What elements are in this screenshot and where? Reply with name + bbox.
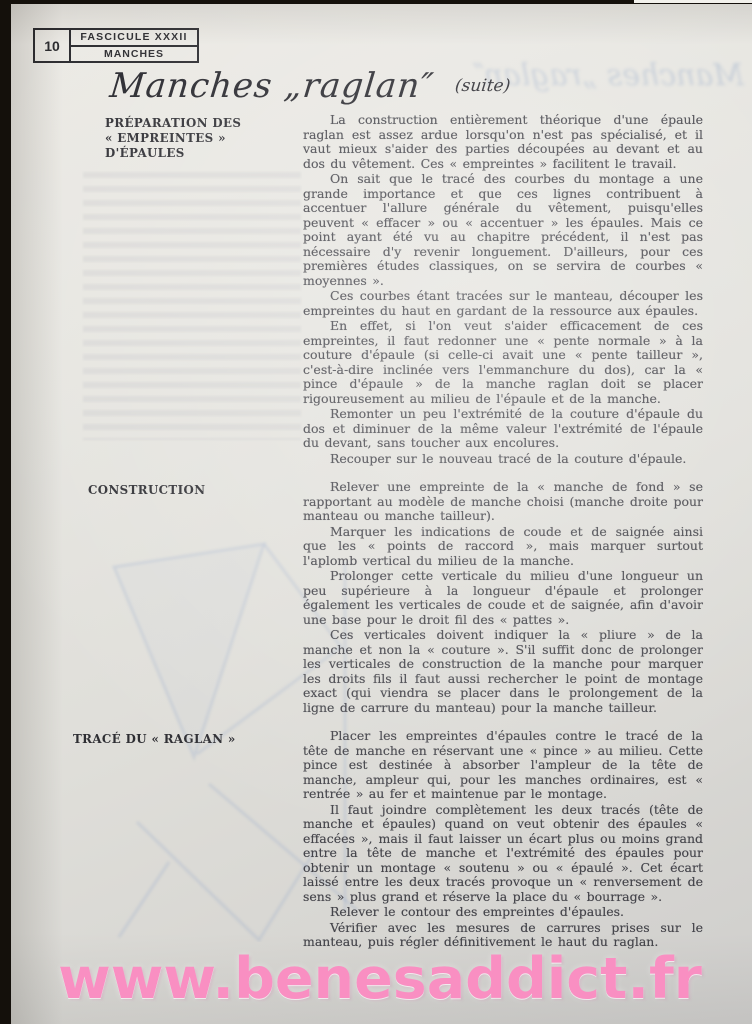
paragraph: Relever une empreinte de la « manche de … [303, 480, 703, 524]
paragraph: Marquer les indications de coude et de s… [303, 525, 703, 569]
section-body: Placer les empreintes d'épaules contre l… [303, 729, 703, 951]
section-heading-line2: « EMPREINTES » D'ÉPAULES [105, 131, 303, 161]
scanned-page-photo: { "header": { "page_number": "10", "fasc… [0, 0, 752, 1024]
page-title-suite: (suite) [454, 76, 511, 96]
section-body: Relever une empreinte de la « manche de … [303, 480, 703, 716]
section-heading-line1: CONSTRUCTION [88, 483, 303, 498]
section-heading: TRACÉ DU « RAGLAN » [71, 729, 303, 951]
watermark-url: www.benesaddict.fr [8, 946, 752, 1012]
section-heading: PRÉPARATION DES « EMPREINTES » D'ÉPAULES [71, 113, 303, 467]
photo-edge-highlight [634, 0, 752, 3]
paragraph: Ces courbes étant tracées sur le manteau… [303, 289, 703, 318]
section-heading: CONSTRUCTION [71, 480, 303, 716]
section-heading-line1: PRÉPARATION DES [105, 116, 303, 131]
paragraph: On sait que le tracé des courbes du mont… [303, 172, 703, 288]
section-trace-du-raglan: TRACÉ DU « RAGLAN » Placer les empreinte… [71, 729, 705, 951]
fascicule-label: FASCICULE XXXII [71, 30, 197, 45]
section-preparation: PRÉPARATION DES « EMPREINTES » D'ÉPAULES… [71, 113, 705, 467]
paragraph: Remonter un peu l'extrémité de la coutur… [303, 407, 703, 451]
paragraph: Recouper sur le nouveau tracé de la cout… [303, 452, 703, 467]
fascicule-labels: FASCICULE XXXII MANCHES [69, 30, 197, 61]
page-number: 10 [35, 30, 69, 61]
paragraph: Il faut joindre complètement les deux tr… [303, 803, 703, 905]
paragraph: Placer les empreintes d'épaules contre l… [303, 729, 703, 802]
paragraph: Prolonger cette verticale du milieu d'un… [303, 569, 703, 627]
paragraph: La construction entièrement théorique d'… [303, 113, 703, 171]
page-title: Manches „raglan″ (suite) [110, 66, 510, 106]
fascicule-header-box: 10 FASCICULE XXXII MANCHES [33, 28, 199, 63]
section-heading-line1: TRACÉ DU « RAGLAN » [73, 732, 303, 747]
rubrique-label: MANCHES [71, 45, 197, 62]
paper-page: Manches „raglan″ 10 FASCICULE XXXII MANC… [11, 4, 752, 1024]
page-content: PRÉPARATION DES « EMPREINTES » D'ÉPAULES… [71, 113, 705, 964]
paragraph: Ces verticales doivent indiquer la « pli… [303, 628, 703, 715]
page-title-text: Manches „raglan″ [108, 66, 436, 106]
section-construction: CONSTRUCTION Relever une empreinte de la… [71, 480, 705, 716]
section-body: La construction entièrement théorique d'… [303, 113, 703, 467]
paragraph: Relever le contour des empreintes d'épau… [303, 905, 703, 920]
paragraph: En effet, si l'on veut s'aider efficacem… [303, 319, 703, 406]
